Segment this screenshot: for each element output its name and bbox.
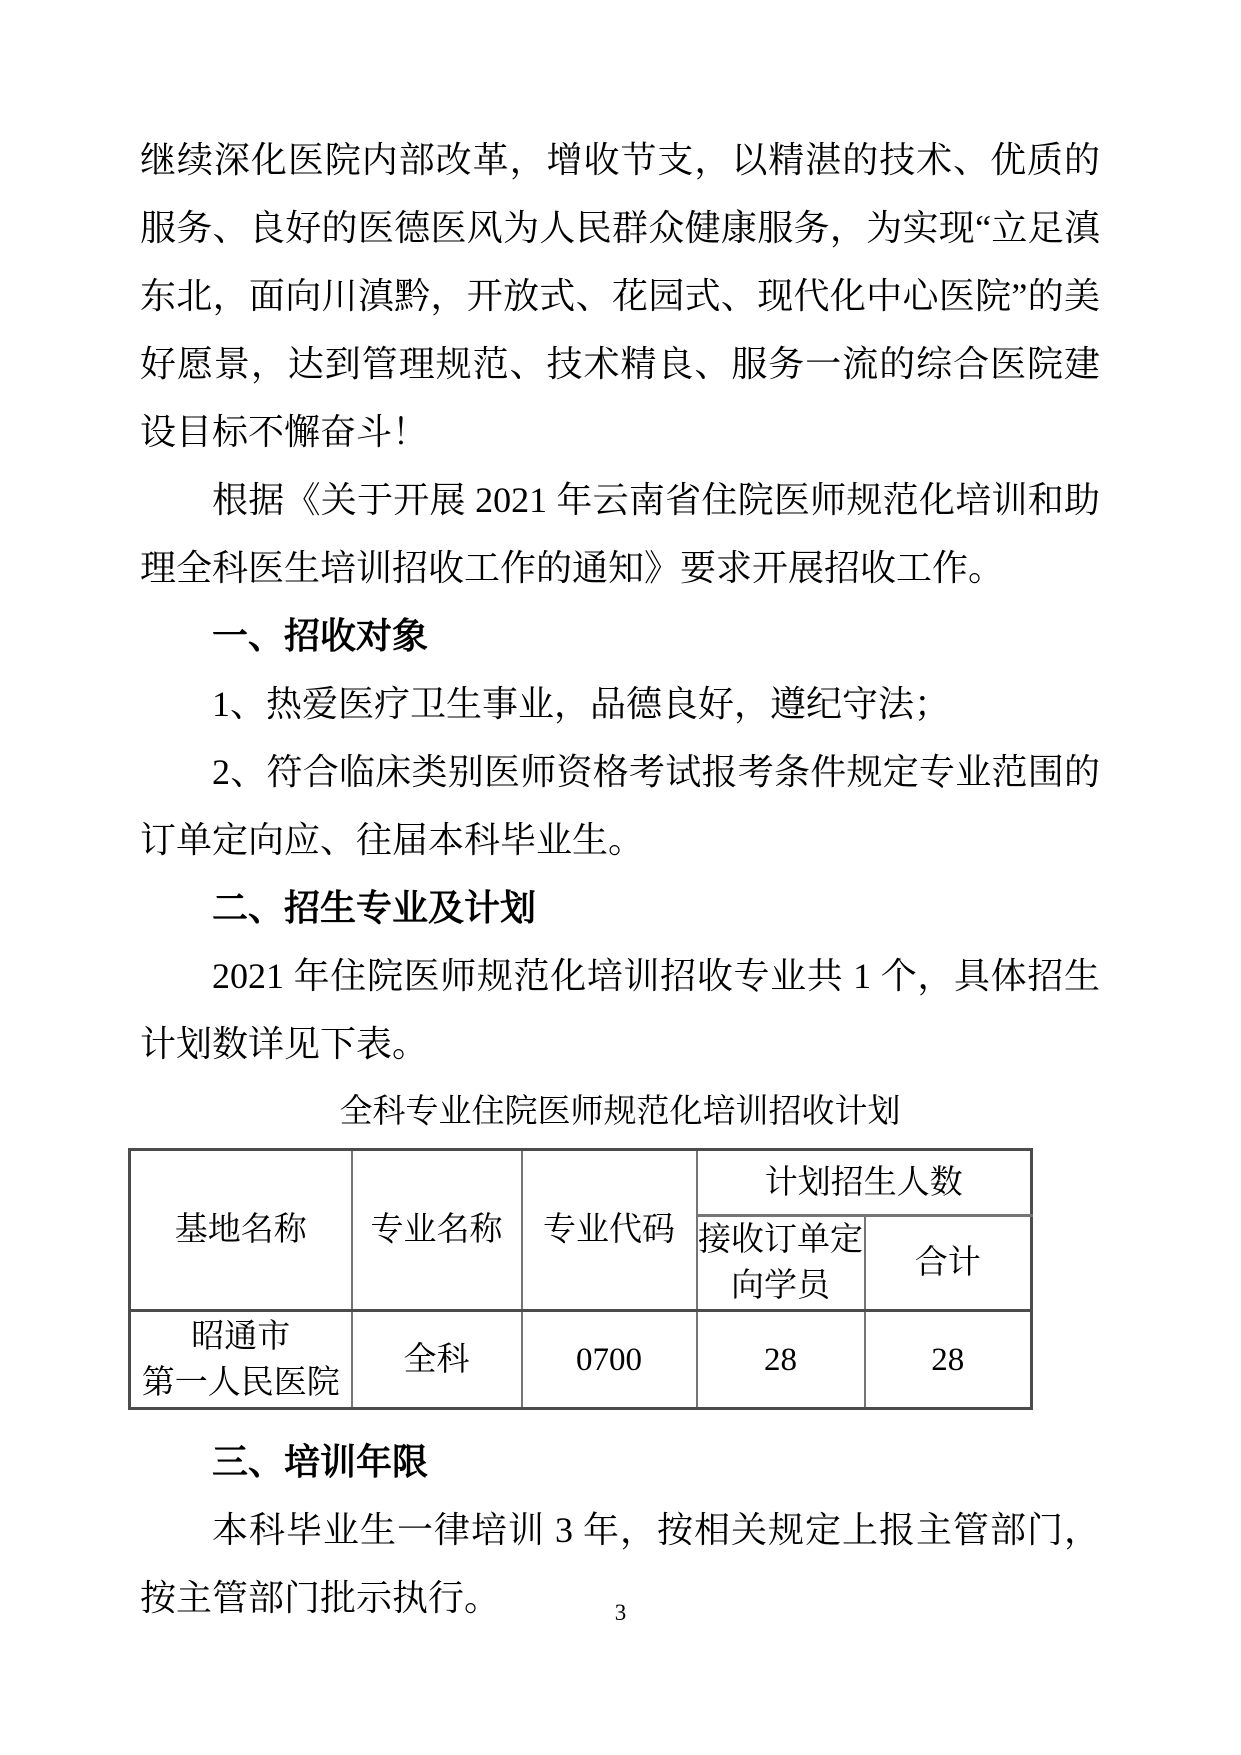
table-row: 昭通市 第一人民医院 全科 0700 28 28 xyxy=(130,1311,1032,1409)
paragraph-plan-intro: 2021 年住院医师规范化培训招收专业共 1 个，具体招生计划数详见下表。 xyxy=(140,942,1100,1078)
paragraph-basis: 根据《关于开展 2021 年云南省住院医师规范化培训和助理全科医生培训招收工作的… xyxy=(140,466,1100,602)
cell-targeted-count: 28 xyxy=(697,1311,865,1409)
paragraph-continuation: 继续深化医院内部改革，增收节支，以精湛的技术、优质的服务、良好的医德医风为人民群… xyxy=(140,126,1100,466)
table-caption: 全科专业住院医师规范化培训招收计划 xyxy=(140,1078,1100,1146)
paragraph-item-1: 1、热爱医疗卫生事业，品德良好，遵纪守法； xyxy=(140,670,1100,738)
header-total: 合计 xyxy=(865,1216,1032,1311)
heading-section-1: 一、招收对象 xyxy=(140,602,1100,670)
heading-section-2: 二、招生专业及计划 xyxy=(140,874,1100,942)
document-page: 继续深化医院内部改革，增收节支，以精湛的技术、优质的服务、良好的医德医风为人民群… xyxy=(0,0,1241,1755)
header-targeted-trainees: 接收订单定 向学员 xyxy=(697,1216,865,1311)
heading-section-3: 三、培训年限 xyxy=(140,1428,1100,1496)
header-major-name: 专业名称 xyxy=(352,1150,522,1311)
document-content: 继续深化医院内部改革，增收节支，以精湛的技术、优质的服务、良好的医德医风为人民群… xyxy=(140,126,1100,1632)
header-base-name: 基地名称 xyxy=(130,1150,352,1311)
cell-base-name: 昭通市 第一人民医院 xyxy=(130,1311,352,1409)
page-number: 3 xyxy=(0,1598,1241,1628)
header-major-code: 专业代码 xyxy=(522,1150,697,1311)
table-header-row-1: 基地名称 专业名称 专业代码 计划招生人数 xyxy=(130,1150,1032,1216)
paragraph-item-2: 2、符合临床类别医师资格考试报考条件规定专业范围的订单定向应、往届本科毕业生。 xyxy=(140,738,1100,874)
cell-total-count: 28 xyxy=(865,1311,1032,1409)
header-planned-enrollment: 计划招生人数 xyxy=(697,1150,1032,1216)
cell-major-code: 0700 xyxy=(522,1311,697,1409)
enrollment-plan-table: 基地名称 专业名称 专业代码 计划招生人数 接收订单定 向学员 合计 昭通市 第… xyxy=(128,1148,1033,1410)
cell-major-name: 全科 xyxy=(352,1311,522,1409)
